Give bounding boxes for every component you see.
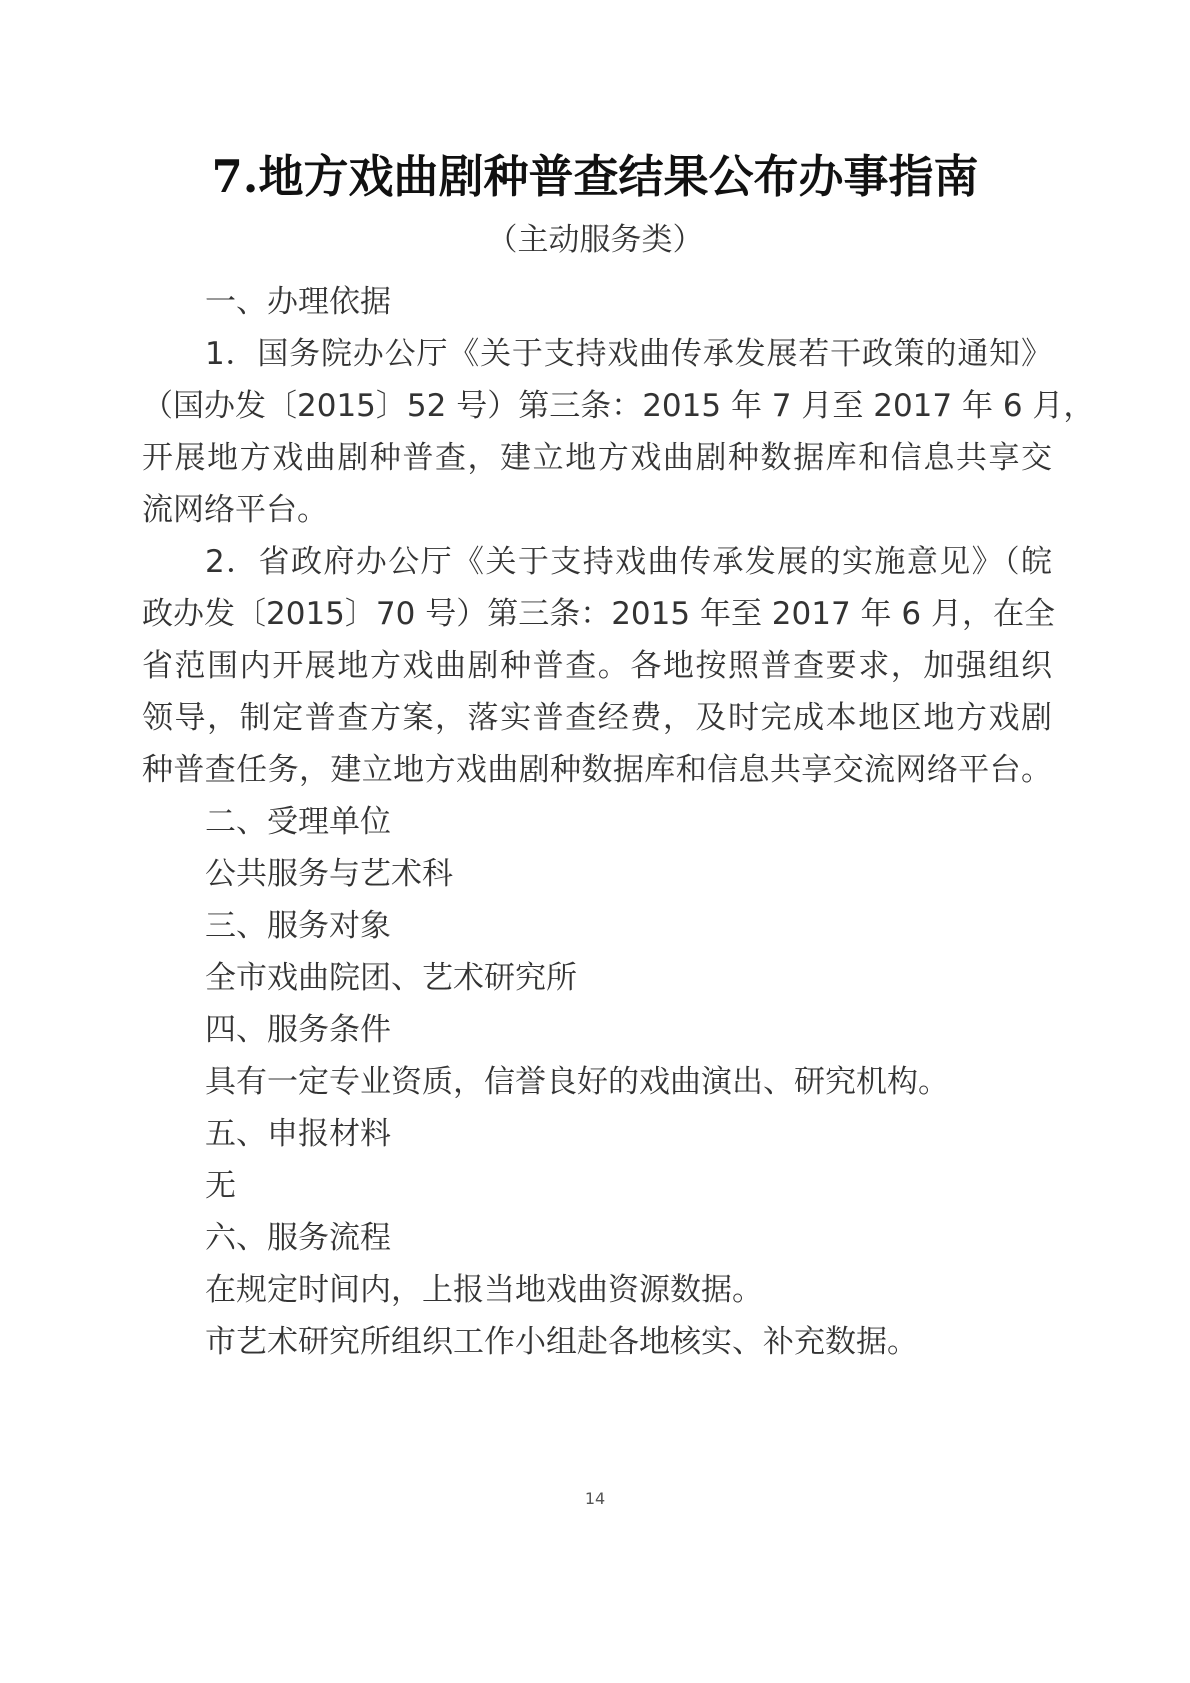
paragraph-line: 开展地方戏曲剧种普查，建立地方戏曲剧种数据库和信息共享交 — [142, 438, 1052, 478]
document-subtitle: （主动服务类） — [0, 214, 1190, 259]
page-number: 14 — [0, 1489, 1190, 1508]
paragraph-line: 2．省政府办公厅《关于支持戏曲传承发展的实施意见》（皖 — [205, 542, 1052, 582]
process-step: 市艺术研究所组织工作小组赴各地核实、补充数据。 — [205, 1322, 1115, 1362]
accepting-unit-value: 公共服务与艺术科 — [205, 854, 1115, 894]
materials-value: 无 — [205, 1166, 1115, 1206]
section-heading-service-conditions: 四、服务条件 — [205, 1010, 1115, 1050]
paragraph-line: 领导，制定普查方案，落实普查经费，及时完成本地区地方戏剧 — [142, 698, 1052, 738]
paragraph-line: 种普查任务，建立地方戏曲剧种数据库和信息共享交流网络平台。 — [142, 750, 1052, 790]
paragraph-line: 省范围内开展地方戏曲剧种普查。各地按照普查要求，加强组织 — [142, 646, 1052, 686]
paragraph-line: 政办发〔2015〕70 号）第三条：2015 年至 2017 年 6 月，在全 — [142, 594, 1052, 634]
section-heading-process: 六、服务流程 — [205, 1218, 1115, 1258]
document-title: 7.地方戏曲剧种普查结果公布办事指南 — [0, 140, 1190, 205]
paragraph-line: （国办发〔2015〕52 号）第三条：2015 年 7 月至 2017 年 6 … — [142, 386, 1052, 426]
document-page: 7.地方戏曲剧种普查结果公布办事指南 （主动服务类） 一、办理依据 1．国务院办… — [0, 0, 1190, 1683]
service-target-value: 全市戏曲院团、艺术研究所 — [205, 958, 1115, 998]
process-step: 在规定时间内，上报当地戏曲资源数据。 — [205, 1270, 1115, 1310]
service-conditions-value: 具有一定专业资质，信誉良好的戏曲演出、研究机构。 — [205, 1062, 1115, 1102]
section-heading-service-target: 三、服务对象 — [205, 906, 1115, 946]
section-heading-basis: 一、办理依据 — [205, 282, 1115, 322]
section-heading-materials: 五、申报材料 — [205, 1114, 1115, 1154]
paragraph-line: 流网络平台。 — [142, 490, 1052, 530]
paragraph-line: 1．国务院办公厅《关于支持戏曲传承发展若干政策的通知》 — [205, 334, 1052, 374]
section-heading-accepting-unit: 二、受理单位 — [205, 802, 1115, 842]
